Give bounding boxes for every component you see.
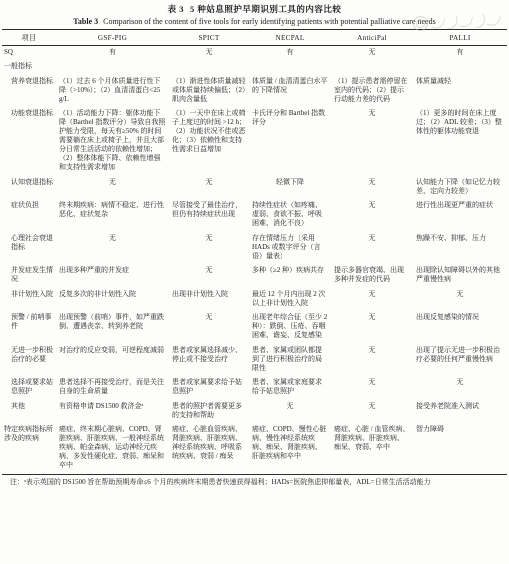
table-cell: 智力障碍 <box>413 423 507 474</box>
table-cell: 提示多器官衰竭、出现多种并发症的代码 <box>331 264 413 288</box>
table-cell: 存在情绪压力〔采用 HADs 或数字评分（言语）量表〕 <box>249 232 331 265</box>
table-cell: 无 <box>331 107 413 176</box>
column-header-necpal: NECPAL <box>249 30 331 46</box>
row-label: SQ <box>2 45 56 60</box>
table-cell: 反复多次的非计划性入院 <box>56 288 169 312</box>
table-cell: 癌症、心脏血管疾病、肾脏疾病、肝脏疾病、神经系统疾病、呼吸系统疾病、衰弱 / 痴… <box>169 423 249 474</box>
table-cell: 出现除认知障碍以外的其他严重慢性病 <box>413 264 507 288</box>
table-cell: 最近 12 个月内出现 2 次以上非计划性入院 <box>249 288 331 312</box>
column-header-palli: PALLI <box>413 30 507 46</box>
table-cell: 终末期疾病：病情不稳定、进行性恶化、症状复杂 <box>56 199 169 232</box>
table-cell: 无 <box>249 400 331 424</box>
table-header: 项目 GSF-PIG SPICT NECPAL AnticiPal PALLI <box>2 30 507 46</box>
table-cell: 出现了提示无进一步积极治疗必要的任何严重慢性病 <box>413 344 507 377</box>
table-row: 营养衰退指标（1）过去 6 个月体质量进行性下降（>10%）；（2）血清清蛋白<… <box>2 75 507 108</box>
table-row: 一般指标 <box>2 60 507 75</box>
row-label: 心理社会衰退指标 <box>2 232 56 265</box>
table-cell: 患者、家属或团队都提到了进行积极治疗的局限性 <box>249 344 331 377</box>
table-cell: 无 <box>331 376 413 400</box>
table-cell: 无 <box>56 232 169 265</box>
row-label: 选择或要求姑息照护 <box>2 376 56 400</box>
table-cell: 无 <box>331 232 413 265</box>
table-cell: （1）更多的时间在床上度过；（2）ADL 较差；（3）整体性的躯体功能衰退 <box>413 107 507 176</box>
table-cell: 患者、家属或家庭要求给予姑息照护 <box>249 376 331 400</box>
row-label: 症状负担 <box>2 199 56 232</box>
table-cell: 癌症、COPD、慢性心脏病、慢性神经系统疾病、痴呆、肾脏疾病、肝脏疾病和卒中 <box>249 423 331 474</box>
row-label: 并发症发生情况 <box>2 264 56 288</box>
row-label: 营养衰退指标 <box>2 75 56 108</box>
table-cell: 患者选择不再接受治疗，而是关注自身的生命质量 <box>56 376 169 400</box>
table-cell: （1）一天中在床上或椅子上度过的时间 >12 h；（2）功能状况不佳或恶化；（3… <box>169 107 249 176</box>
table-cell: 无 <box>169 311 249 344</box>
table-cell: 无 <box>331 311 413 344</box>
table-cell: 无 <box>331 45 413 60</box>
table-cell: （1）提示患者需停留在室内的代码；（2）提示行动能力差的代码 <box>331 75 413 108</box>
table-row: 无进一步积极治疗的必要对治疗的反应变弱，可逆程度减弱患者或家属选择减少、停止或不… <box>2 344 507 377</box>
row-label: 非计划性入院 <box>2 288 56 312</box>
table-row: 预警 / 前哨事件出现预警（前哨）事件，如严重跌倒、遭遇丧亲、转到养老院无出现老… <box>2 311 507 344</box>
table-cell: 无 <box>331 344 413 377</box>
paper-page: 表 35 种姑息照护早期识别工具的内容比较 Table 3Comparison … <box>0 0 509 564</box>
row-label: 其他 <box>2 400 56 424</box>
table-cell: 无 <box>56 176 169 200</box>
row-label: 特定疾病指标所涉及的疾病 <box>2 423 56 474</box>
table-number-zh: 表 3 <box>168 4 184 14</box>
table-cell: 出现老年综合征（至少 2 种）：跌倒、压疮、吞咽困难、谵妄、反复感染 <box>249 311 331 344</box>
row-label: 无进一步积极治疗的必要 <box>2 344 56 377</box>
row-label: 预警 / 前哨事件 <box>2 311 56 344</box>
table-cell: 患者或家属选择减少、停止或不接受治疗 <box>169 344 249 377</box>
table-cell: 有 <box>249 45 331 60</box>
table-cell: （1）活动能力下降：躯体功能下降（Barthel 指数评分）导致自我照护能力受限… <box>56 107 169 176</box>
table-cell: 无 <box>169 176 249 200</box>
table-cell: 无 <box>331 288 413 312</box>
table-cell: 无 <box>331 400 413 424</box>
table-cell: 卡氏评分和 Barthel 指数评分 <box>249 107 331 176</box>
table-number-en: Table 3 <box>73 17 98 26</box>
table-cell: 持续性症状（如疼痛、虚弱、食欲不振、呼吸困难、消化不良） <box>249 199 331 232</box>
table-cell: 进行性出现更严重的症状 <box>413 199 507 232</box>
table-cell: 体质量 / 血清清蛋白水平的下降情况 <box>249 75 331 108</box>
column-header-gsf-pig: GSF-PIG <box>56 30 169 46</box>
column-header-anticipal: AnticiPal <box>331 30 413 46</box>
row-label: 功能衰退指标 <box>2 107 56 176</box>
table-cell: 患者的照护者需要更多的支持和帮助 <box>169 400 249 424</box>
table-cell: 体质量减轻 <box>413 75 507 108</box>
table-row: 功能衰退指标（1）活动能力下降：躯体功能下降（Barthel 指数评分）导致自我… <box>2 107 507 176</box>
table-cell: 无 <box>169 232 249 265</box>
table-row: 并发症发生情况出现多种严重的并发症无多种（≥2 种）疾病共存提示多器官衰竭、出现… <box>2 264 507 288</box>
table-cell: 无 <box>331 176 413 200</box>
table-cell: 出现非计划性入院 <box>169 288 249 312</box>
table-body: SQ有无有无有一般指标营养衰退指标（1）过去 6 个月体质量进行性下降（>10%… <box>2 45 507 474</box>
table-cell: 尽管接受了最佳治疗，但仍有持续症状出现 <box>169 199 249 232</box>
table-row: 非计划性入院反复多次的非计划性入院出现非计划性入院最近 12 个月内出现 2 次… <box>2 288 507 312</box>
table-cell: 焦躁不安、抑郁、压力 <box>413 232 507 265</box>
section-header: 一般指标 <box>2 60 507 75</box>
table-cell: 无 <box>331 199 413 232</box>
table-cell: 患者或家属要求给予姑息照护 <box>169 376 249 400</box>
table-cell: 出现反复感染的情况 <box>413 311 507 344</box>
table-cell: 接受养老院准入测试 <box>413 400 507 424</box>
table-cell: 对治疗的反应变弱，可逆程度减弱 <box>56 344 169 377</box>
table-cell: 多种（≥2 种）疾病共存 <box>249 264 331 288</box>
table-title-zh-text: 5 种姑息照护早期识别工具的内容比较 <box>190 4 341 14</box>
table-cell: 无 <box>413 376 507 400</box>
table-row: 症状负担终末期疾病：病情不稳定、进行性恶化、症状复杂尽管接受了最佳治疗，但仍有持… <box>2 199 507 232</box>
table-cell: 出现多种严重的并发症 <box>56 264 169 288</box>
table-cell: 轻微下降 <box>249 176 331 200</box>
table-title-en-text: Comparison of the content of five tools … <box>103 17 436 26</box>
table-title-en: Table 3Comparison of the content of five… <box>0 15 509 29</box>
table-cell: 出现预警（前哨）事件，如严重跌倒、遭遇丧亲、转到养老院 <box>56 311 169 344</box>
table-cell: 有 <box>56 45 169 60</box>
table-row: 心理社会衰退指标无无存在情绪压力〔采用 HADs 或数字评分（言语）量表〕无焦躁… <box>2 232 507 265</box>
table-cell: （1）渐进性体质量减轻或体质量持续偏低；（2）肌肉含量低 <box>169 75 249 108</box>
comparison-table: 项目 GSF-PIG SPICT NECPAL AnticiPal PALLI … <box>2 29 507 475</box>
table-cell: 有资格申请 DS1500 救济金ᵃ <box>56 400 169 424</box>
table-cell: （1）过去 6 个月体质量进行性下降（>10%）；（2）血清清蛋白<25 g/L <box>56 75 169 108</box>
table-row: SQ有无有无有 <box>2 45 507 60</box>
column-header-item: 项目 <box>2 30 56 46</box>
table-cell: 有 <box>413 45 507 60</box>
table-row: 特定疾病指标所涉及的疾病癌症、终末期心脏病、COPD、肾脏疾病、肝脏疾病、一般神… <box>2 423 507 474</box>
table-cell: 癌症、心脏 / 血管疾病、肾脏疾病、肝脏疾病、痴呆、衰弱、卒中 <box>331 423 413 474</box>
row-label: 认知衰退指标 <box>2 176 56 200</box>
footnote-text: 注：ᵃ表示英国的 DS1500 旨在帮助预期寿命≤6 个月的疾病终末期患者快速获… <box>10 478 431 486</box>
table-cell: 认知能力下降（如记忆力较差、定向力较差） <box>413 176 507 200</box>
table-row: 选择或要求姑息照护患者选择不再接受治疗，而是关注自身的生命质量患者或家属要求给予… <box>2 376 507 400</box>
table-title-zh: 表 35 种姑息照护早期识别工具的内容比较 <box>0 0 509 15</box>
column-header-spict: SPICT <box>169 30 249 46</box>
table-cell: 无 <box>169 45 249 60</box>
table-row: 认知衰退指标无无轻微下降无认知能力下降（如记忆力较差、定向力较差） <box>2 176 507 200</box>
table-cell: 癌症、终末期心脏病、COPD、肾脏疾病、肝脏疾病、一般神经系统疾病、帕金森病、运… <box>56 423 169 474</box>
table-cell: 无 <box>169 264 249 288</box>
header-row: 项目 GSF-PIG SPICT NECPAL AnticiPal PALLI <box>2 30 507 46</box>
table-footnote: 注：ᵃ表示英国的 DS1500 旨在帮助预期寿命≤6 个月的疾病终末期患者快速获… <box>2 478 507 487</box>
table-row: 其他有资格申请 DS1500 救济金ᵃ患者的照护者需要更多的支持和帮助无无接受养… <box>2 400 507 424</box>
table-cell: 无 <box>413 288 507 312</box>
